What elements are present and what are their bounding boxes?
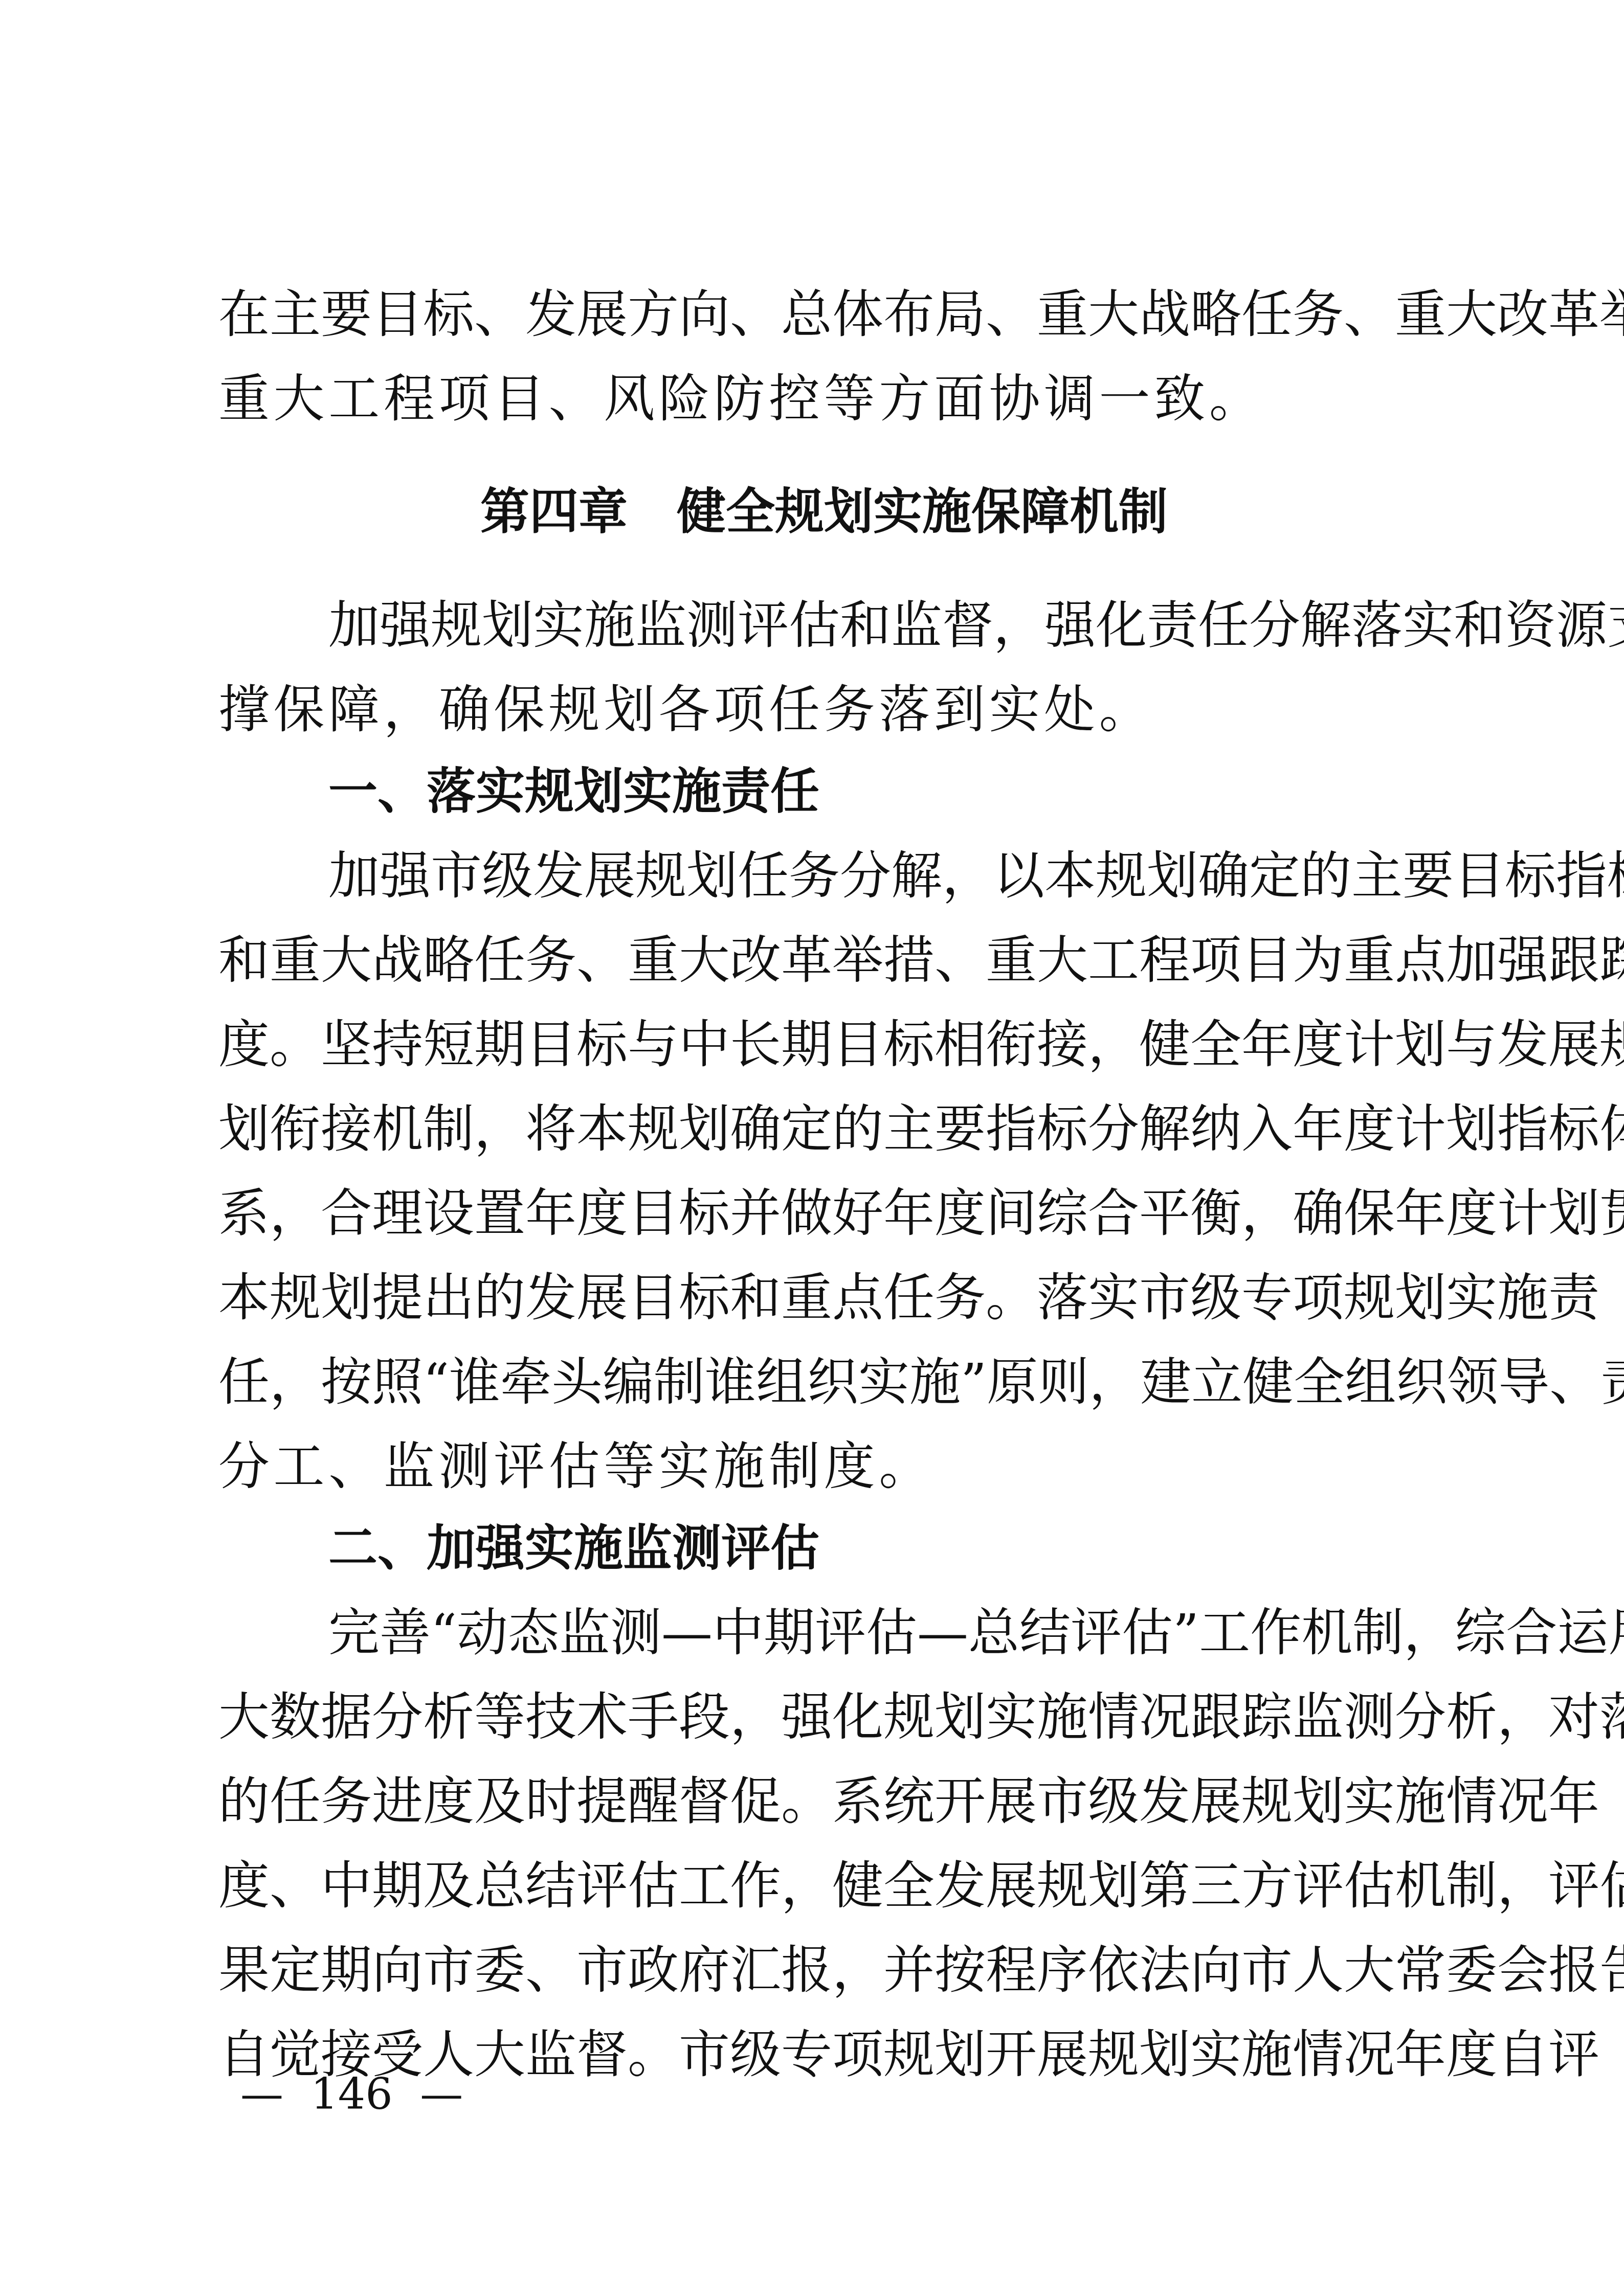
section-1-line-4: 划衔接机制，将本规划确定的主要指标分解纳入年度计划指标体 xyxy=(218,1087,1430,1171)
section-1-line-3: 度。坚持短期目标与中长期目标相衔接，健全年度计划与发展规 xyxy=(218,1002,1430,1087)
chapter-intro-line-1: 加强规划实施监测评估和监督，强化责任分解落实和资源支 xyxy=(218,583,1430,667)
chapter-heading: 第四章 健全规划实施保障机制 xyxy=(218,469,1430,554)
section-1-line-7: 任，按照“谁牵头编制谁组织实施”原则，建立健全组织领导、责任 xyxy=(218,1340,1430,1424)
section-1-line-2: 和重大战略任务、重大改革举措、重大工程项目为重点加强跟踪调 xyxy=(218,918,1430,1002)
chapter-intro-line-2: 撑保障，确保规划各项任务落到实处。 xyxy=(218,667,1430,752)
section-2-line-5: 果定期向市委、市政府汇报，并按程序依法向市人大常委会报告， xyxy=(218,1928,1430,2012)
section-1-line-5: 系，合理设置年度目标并做好年度间综合平衡，确保年度计划贯彻 xyxy=(218,1171,1430,1255)
section-1-line-1: 加强市级发展规划任务分解，以本规划确定的主要目标指标 xyxy=(218,834,1430,918)
intro-line-1: 在主要目标、发展方向、总体布局、重大战略任务、重大改革举措、 xyxy=(218,272,1430,356)
section-2-line-4: 度、中期及总结评估工作，健全发展规划第三方评估机制，评估结 xyxy=(218,1843,1430,1928)
page-number: — 146 — xyxy=(240,2063,463,2125)
section-1-line-8: 分工、监测评估等实施制度。 xyxy=(218,1424,1430,1509)
section-heading-2: 二、加强实施监测评估 xyxy=(328,1506,819,1590)
section-2-line-3: 的任务进度及时提醒督促。系统开展市级发展规划实施情况年 xyxy=(218,1759,1430,1843)
intro-line-2: 重大工程项目、风险防控等方面协调一致。 xyxy=(218,356,1430,441)
section-2-line-2: 大数据分析等技术手段，强化规划实施情况跟踪监测分析，对落后 xyxy=(218,1675,1430,1759)
section-1-line-6: 本规划提出的发展目标和重点任务。落实市级专项规划实施责 xyxy=(218,1255,1430,1340)
section-heading-1: 一、落实规划实施责任 xyxy=(328,749,819,834)
section-2-line-1: 完善“动态监测—中期评估—总结评估”工作机制，综合运用 xyxy=(218,1590,1430,1675)
